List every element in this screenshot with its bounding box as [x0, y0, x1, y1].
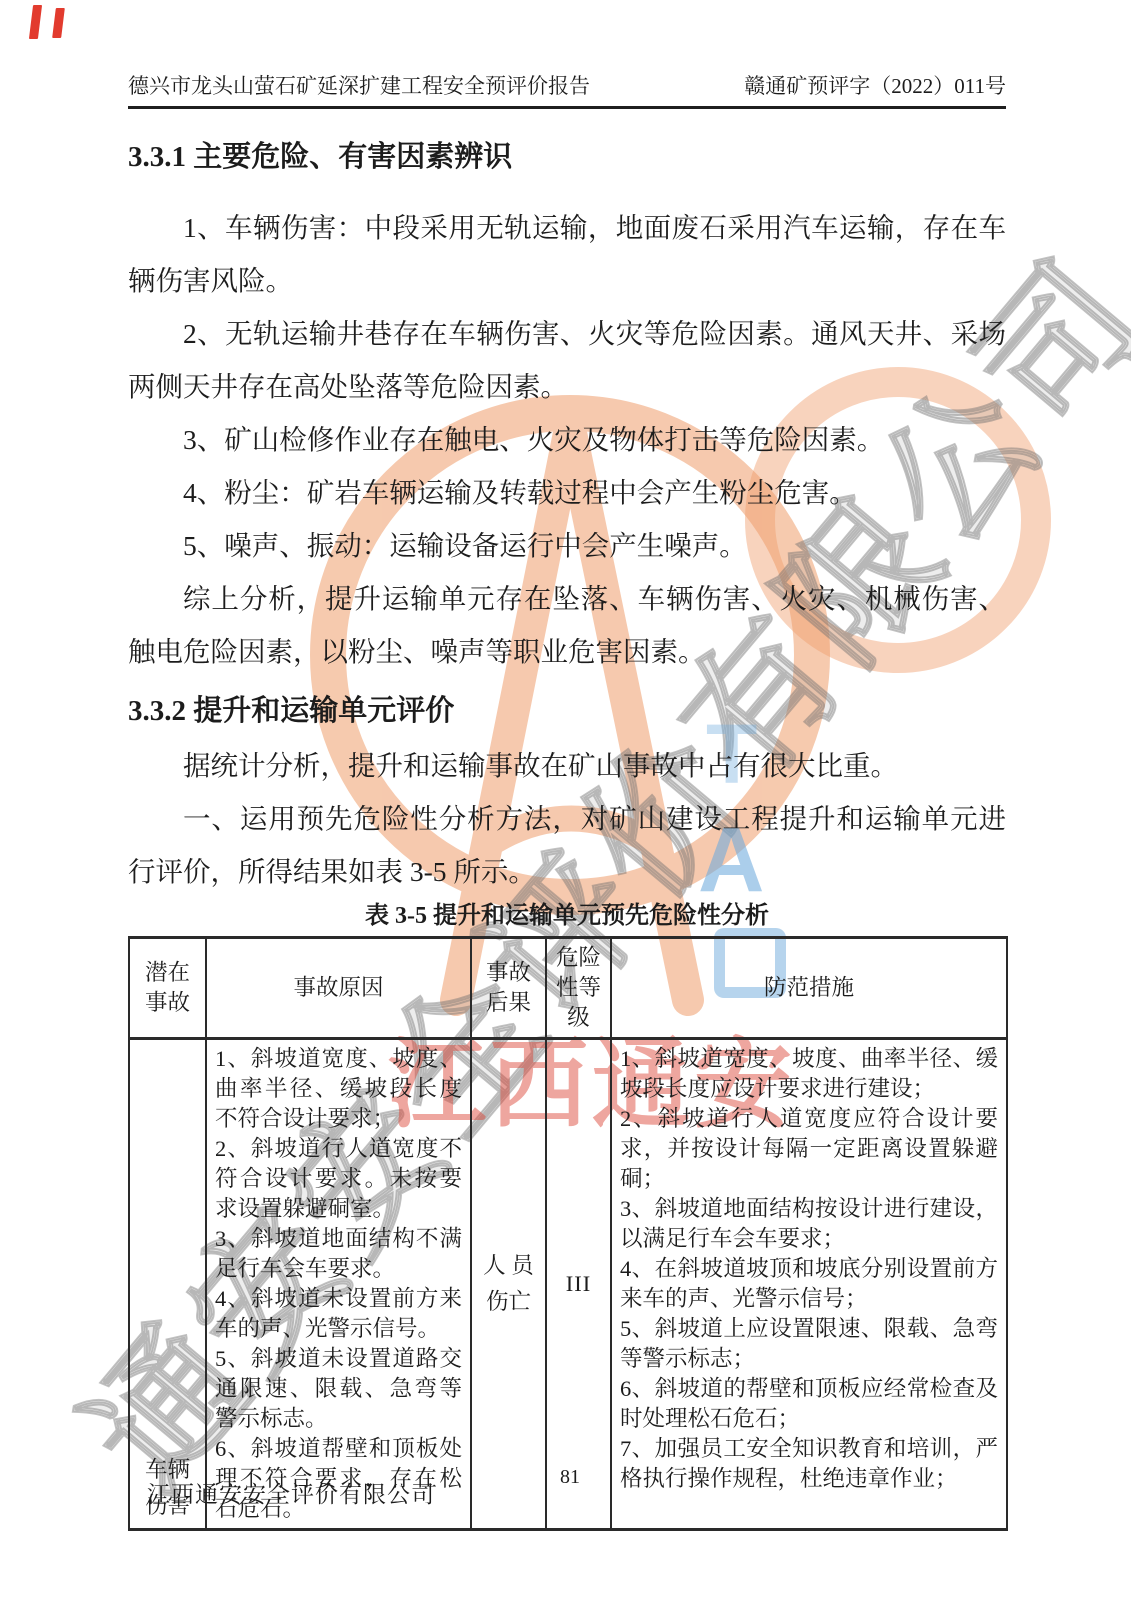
paragraph: 1、车辆伤害：中段采用无轨运输，地面废石采用汽车运输，存在车辆伤害风险。 [128, 201, 1006, 307]
measure-item: 5、斜坡道上应设置限速、限载、急弯等警示标志； [620, 1314, 998, 1374]
measure-item: 3、斜坡道地面结构按设计进行建设，以满足行车会车要求； [620, 1194, 998, 1254]
cause-item: 5、斜坡道未设置道路交通限速、限载、急弯等警示标志。 [215, 1344, 462, 1434]
paragraph: 2、无轨运输井巷存在车辆伤害、火灾等危险因素。通风天井、采场两侧天井存在高处坠落… [128, 307, 1006, 413]
table-row: 车辆 伤害 1、斜坡道宽度、坡度、曲率半径、缓坡段长度不符合设计要求； 2、斜坡… [129, 1039, 1007, 1530]
paragraph: 3、矿山检修作业存在触电、火灾及物体打击等危险因素。 [128, 413, 1006, 466]
header-report-title: 德兴市龙头山萤石矿延深扩建工程安全预评价报告 [128, 72, 590, 100]
page-number: 81 [500, 1466, 640, 1489]
footer-company-name: 江西通安安全评价有限公司 [147, 1476, 435, 1509]
cause-item: 4、斜坡道未设置前方来车的声、光警示信号。 [215, 1284, 462, 1344]
cell-risk-level: III [546, 1039, 611, 1530]
column-header-potential-accident: 潜在 事故 [129, 938, 206, 1039]
section-heading-332: 3.3.2 提升和运输单元评价 [128, 692, 1006, 731]
hazard-analysis-table: 潜在 事故 事故原因 事故 后果 危险 性等 级 防范措施 车辆 伤害 1、斜坡… [128, 936, 1008, 1531]
header-document-number: 赣通矿预评字（2022）011号 [744, 72, 1006, 100]
cause-item: 2、斜坡道行人道宽度不符合设计要求。未按要求设置躲避硐室。 [215, 1134, 462, 1224]
column-header-accident-consequence: 事故 后果 [471, 938, 546, 1039]
cell-accident-causes: 1、斜坡道宽度、坡度、曲率半径、缓坡段长度不符合设计要求； 2、斜坡道行人道宽度… [206, 1039, 471, 1530]
paragraph: 综上分析，提升运输单元存在坠落、车辆伤害、火灾、机械伤害、触电危险因素，以粉尘、… [128, 572, 1006, 678]
column-header-accident-cause: 事故原因 [206, 938, 471, 1039]
paragraph: 4、粉尘：矿岩车辆运输及转载过程中会产生粉尘危害。 [128, 466, 1006, 519]
table-caption: 表 3-5 提升和运输单元预先危险性分析 [128, 898, 1006, 934]
cell-accident-consequence: 人 员 伤亡 [471, 1039, 546, 1530]
measure-item: 2、斜坡道行人道宽度应符合设计要求，并按设计每隔一定距离设置躲避硐； [620, 1104, 998, 1194]
cell-prevention-measures: 1、斜坡道宽度、坡度、曲率半径、缓坡段长度应设计要求进行建设； 2、斜坡道行人道… [611, 1039, 1007, 1530]
document-body: 3.3.1 主要危险、有害因素辨识 1、车辆伤害：中段采用无轨运输，地面废石采用… [128, 138, 1006, 1531]
column-header-prevention-measures: 防范措施 [611, 938, 1007, 1039]
document-page: 通安安全评价有限公司 江西通安 T A 德兴市龙头山萤石矿延深扩建工程安全预评价… [0, 0, 1131, 1600]
measure-item: 7、加强员工安全知识教育和培训，严格执行操作规程，杜绝违章作业； [620, 1434, 998, 1494]
paragraph: 一、运用预先危险性分析方法，对矿山建设工程提升和运输单元进行评价，所得结果如表 … [128, 792, 1006, 898]
section-heading-331: 3.3.1 主要危险、有害因素辨识 [128, 138, 1006, 177]
red-corner-mark-icon [29, 5, 42, 39]
measure-item: 6、斜坡道的帮壁和顶板应经常检查及时处理松石危石； [620, 1374, 998, 1434]
column-header-risk-level: 危险 性等 级 [546, 938, 611, 1039]
paragraph: 5、噪声、振动：运输设备运行中会产生噪声。 [128, 519, 1006, 572]
cause-item: 3、斜坡道地面结构不满足行车会车要求。 [215, 1224, 462, 1284]
page-header: 德兴市龙头山萤石矿延深扩建工程安全预评价报告 赣通矿预评字（2022）011号 [128, 72, 1006, 109]
red-corner-mark-icon [52, 8, 65, 38]
measure-item: 1、斜坡道宽度、坡度、曲率半径、缓坡段长度应设计要求进行建设； [620, 1044, 998, 1104]
cause-item: 1、斜坡道宽度、坡度、曲率半径、缓坡段长度不符合设计要求； [215, 1044, 462, 1134]
paragraph: 据统计分析，提升和运输事故在矿山事故中占有很大比重。 [128, 739, 1006, 792]
cell-potential-accident: 车辆 伤害 [129, 1039, 206, 1530]
table-header-row: 潜在 事故 事故原因 事故 后果 危险 性等 级 防范措施 [129, 938, 1007, 1039]
measure-item: 4、在斜坡道坡顶和坡底分别设置前方来车的声、光警示信号； [620, 1254, 998, 1314]
